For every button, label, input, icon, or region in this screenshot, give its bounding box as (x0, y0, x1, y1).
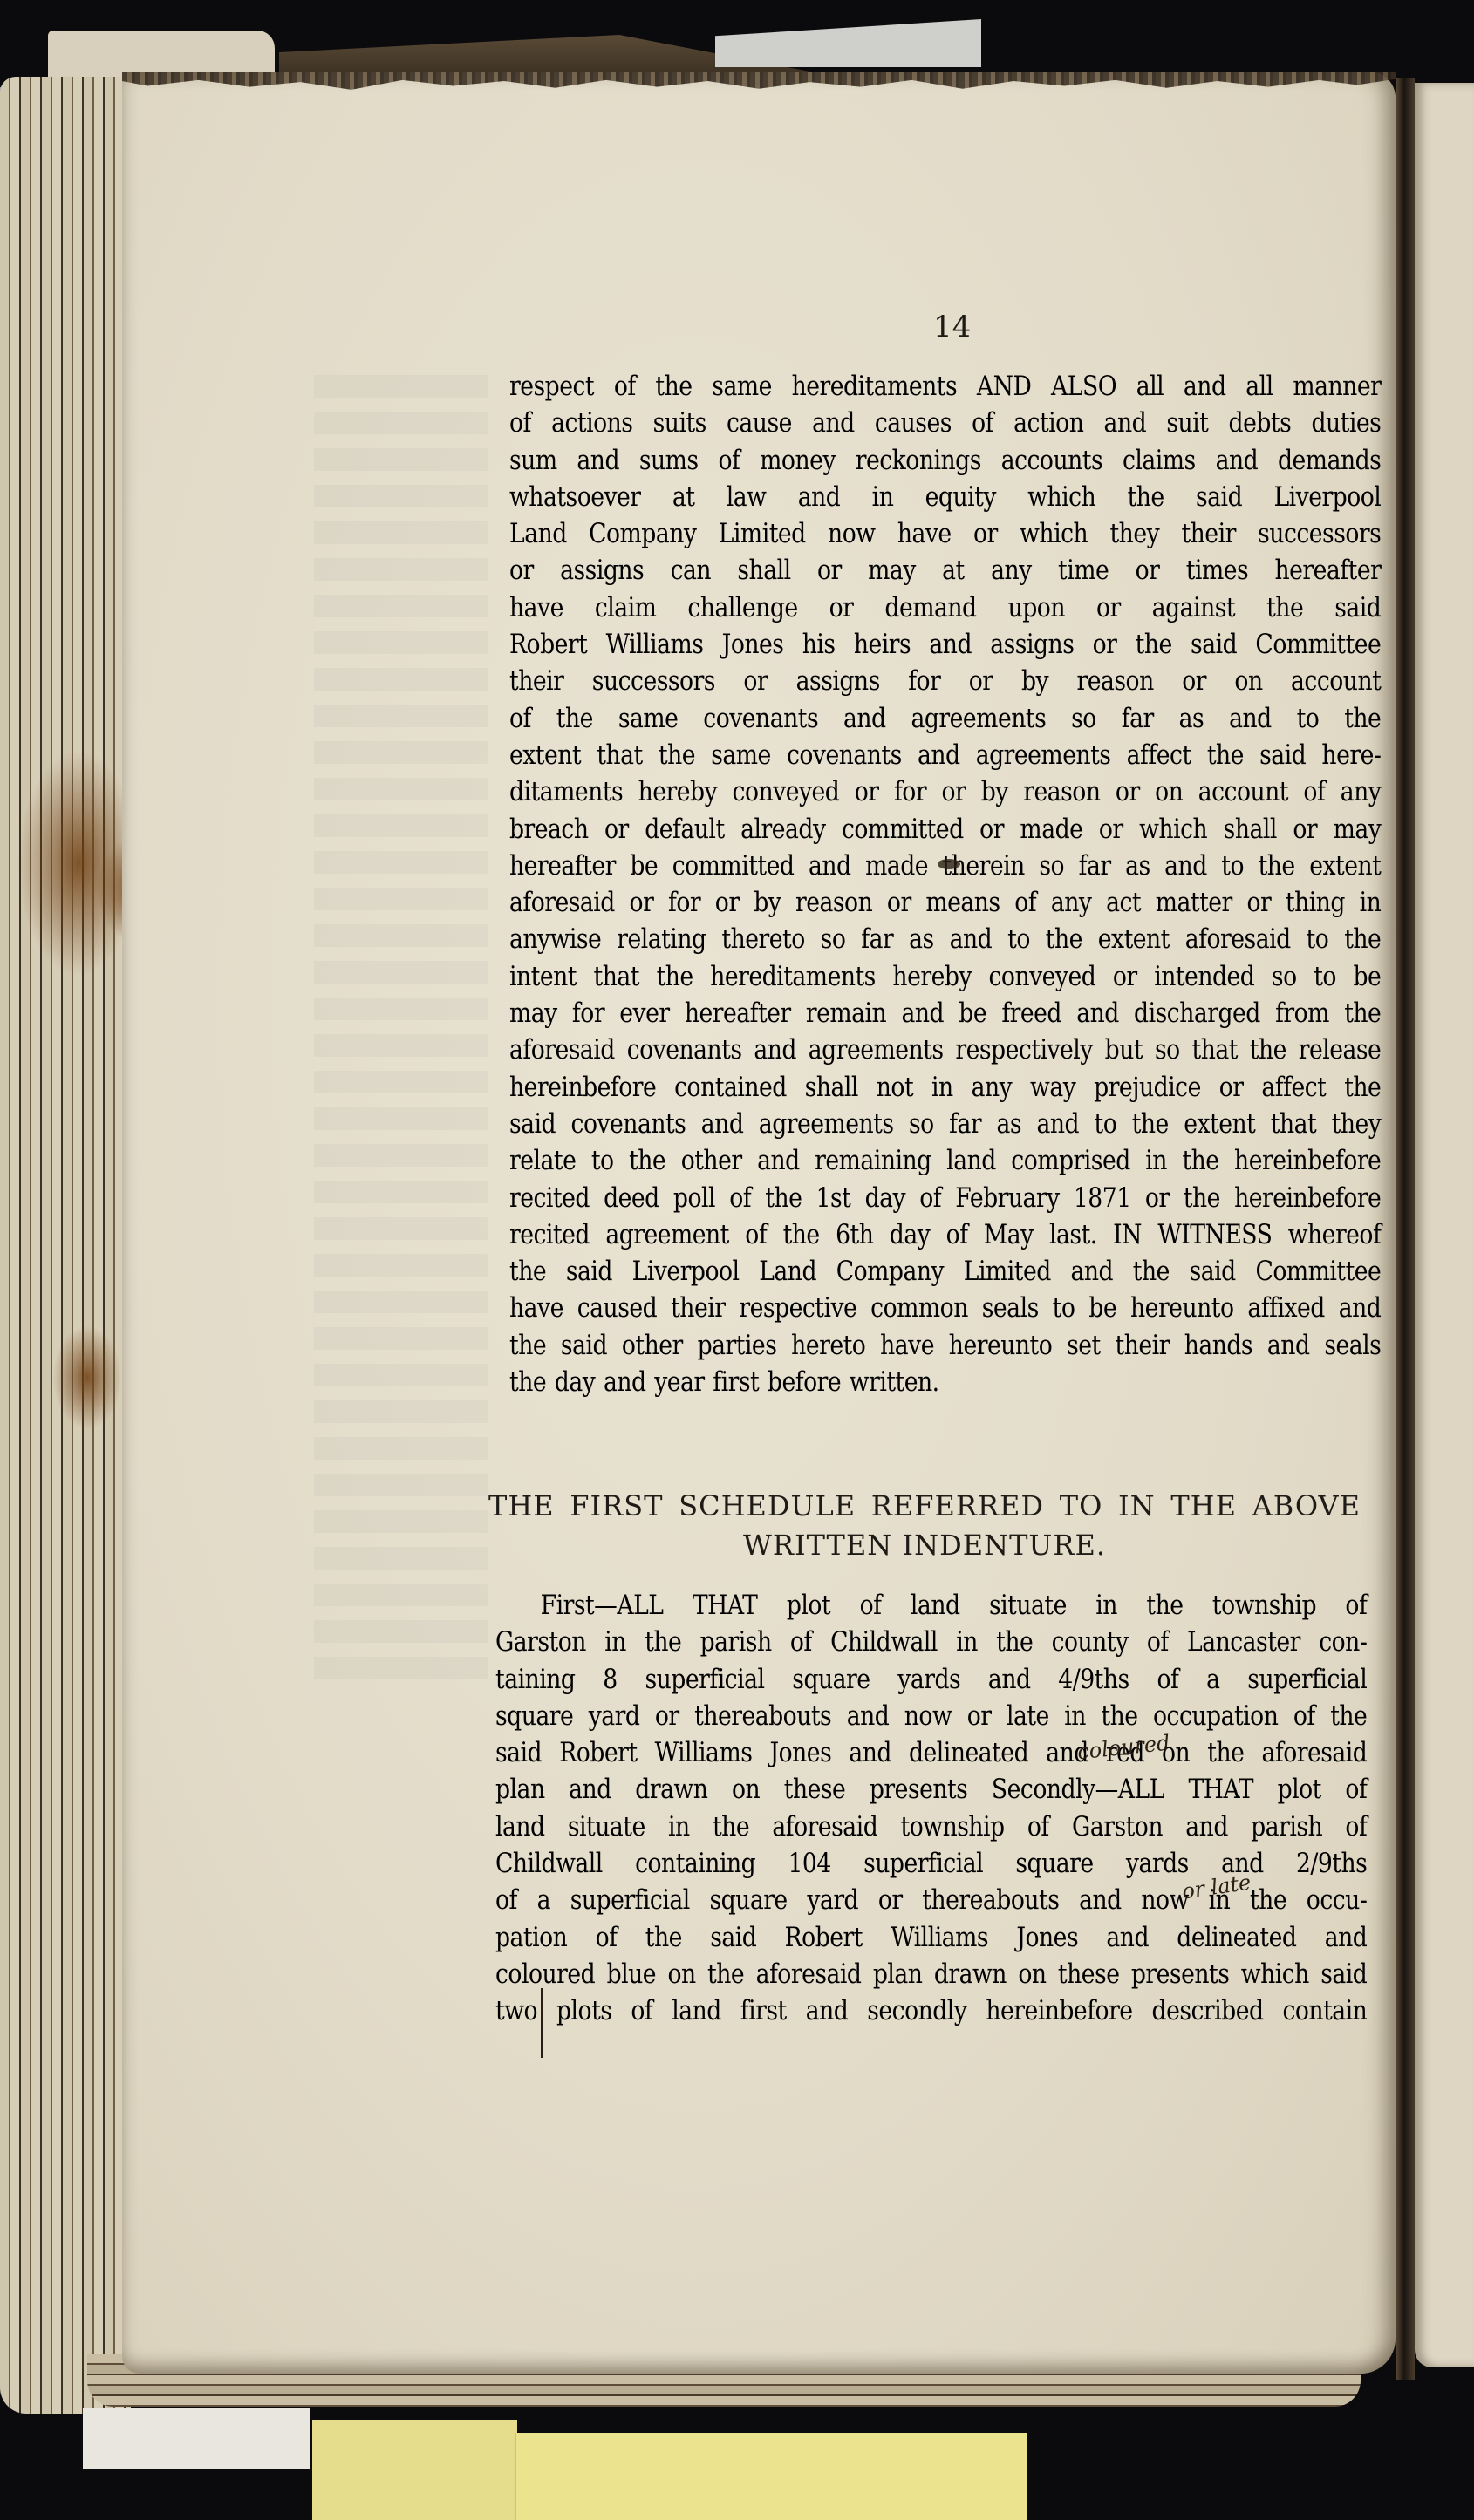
rust-stain (52, 1325, 122, 1430)
text-line: Land Company Limited now have or which t… (509, 515, 1381, 552)
text-line: the said Liverpool Land Company Limited … (509, 1253, 1381, 1290)
page-number: 14 (933, 310, 971, 344)
text-line: ditaments hereby conveyed or for or by r… (509, 773, 1381, 810)
paper-scrap (715, 19, 981, 67)
text-line: the day and year first before written. (509, 1364, 1381, 1400)
text-line: Robert Williams Jones his heirs and assi… (509, 626, 1381, 663)
handwritten-mark (541, 1988, 543, 2058)
text-line: taining 8 superficial square yards and 4… (495, 1661, 1367, 1698)
text-line: of actions suits cause and causes of act… (509, 405, 1381, 441)
text-line: said covenants and agreements so far as … (509, 1106, 1381, 1142)
text-line: have claim challenge or demand upon or a… (509, 589, 1381, 626)
page-edge-stack (0, 77, 131, 2414)
text-line: said Robert Williams Jones and delineate… (495, 1734, 1367, 1771)
text-line: of the same covenants and agreements so … (509, 700, 1381, 737)
text-line: intent that the hereditaments hereby con… (509, 958, 1381, 995)
text-line: aforesaid or for or by reason or means o… (509, 884, 1381, 921)
text-line: coloured blue on the aforesaid plan draw… (495, 1956, 1367, 1992)
text-line: First—ALL THAT plot of land situate in t… (495, 1587, 1367, 1624)
text-line: may for ever hereafter remain and be fre… (509, 995, 1381, 1032)
yellow-slip (312, 2420, 517, 2520)
text-line: have caused their respective common seal… (509, 1290, 1381, 1326)
bleed-through-text (314, 375, 488, 1683)
text-line: the said other parties hereto have hereu… (509, 1327, 1381, 1364)
text-line: aforesaid covenants and agreements respe… (509, 1032, 1381, 1068)
page-top-edge (122, 72, 1396, 91)
text-line: hereinbefore contained shall not in any … (509, 1069, 1381, 1106)
text-line: square yard or thereabouts and now or la… (495, 1698, 1367, 1734)
schedule-title: THE FIRST SCHEDULE REFERRED TO IN THE AB… (488, 1487, 1361, 1565)
text-line: recited deed poll of the 1st day of Febr… (509, 1180, 1381, 1216)
text-line: their successors or assigns for or by re… (509, 663, 1381, 699)
text-line: breach or default already committed or m… (509, 811, 1381, 848)
text-line: anywise relating thereto so far as and t… (509, 921, 1381, 957)
schedule-text: First—ALL THAT plot of land situate in t… (495, 1587, 1474, 2030)
text-line: recited agreement of the 6th day of May … (509, 1216, 1381, 1253)
yellow-slip (515, 2433, 1027, 2520)
paper-slip (83, 2408, 310, 2469)
schedule-title-line: THE FIRST SCHEDULE REFERRED TO IN THE AB… (488, 1487, 1361, 1526)
text-line: respect of the same hereditaments AND AL… (509, 368, 1381, 405)
text-line: relate to the other and remaining land c… (509, 1142, 1381, 1179)
text-line: whatsoever at law and in equity which th… (509, 479, 1381, 515)
schedule-title-line: WRITTEN INDENTURE. (743, 1529, 1106, 1562)
text-line: plan and drawn on these presents Secondl… (495, 1771, 1367, 1808)
text-line: land situate in the aforesaid township o… (495, 1808, 1367, 1845)
text-line: pation of the said Robert Williams Jones… (495, 1919, 1367, 1956)
text-line: extent that the same covenants and agree… (509, 737, 1381, 773)
text-line: sum and sums of money reckonings account… (509, 442, 1381, 479)
body-text: respect of the same hereditaments AND AL… (509, 368, 1474, 1400)
text-line: Garston in the parish of Childwall in th… (495, 1624, 1367, 1660)
text-line: two plots of land first and secondly her… (495, 1992, 1367, 2029)
text-line: or assigns can shall or may at any time … (509, 552, 1381, 589)
ink-blot (938, 859, 960, 869)
